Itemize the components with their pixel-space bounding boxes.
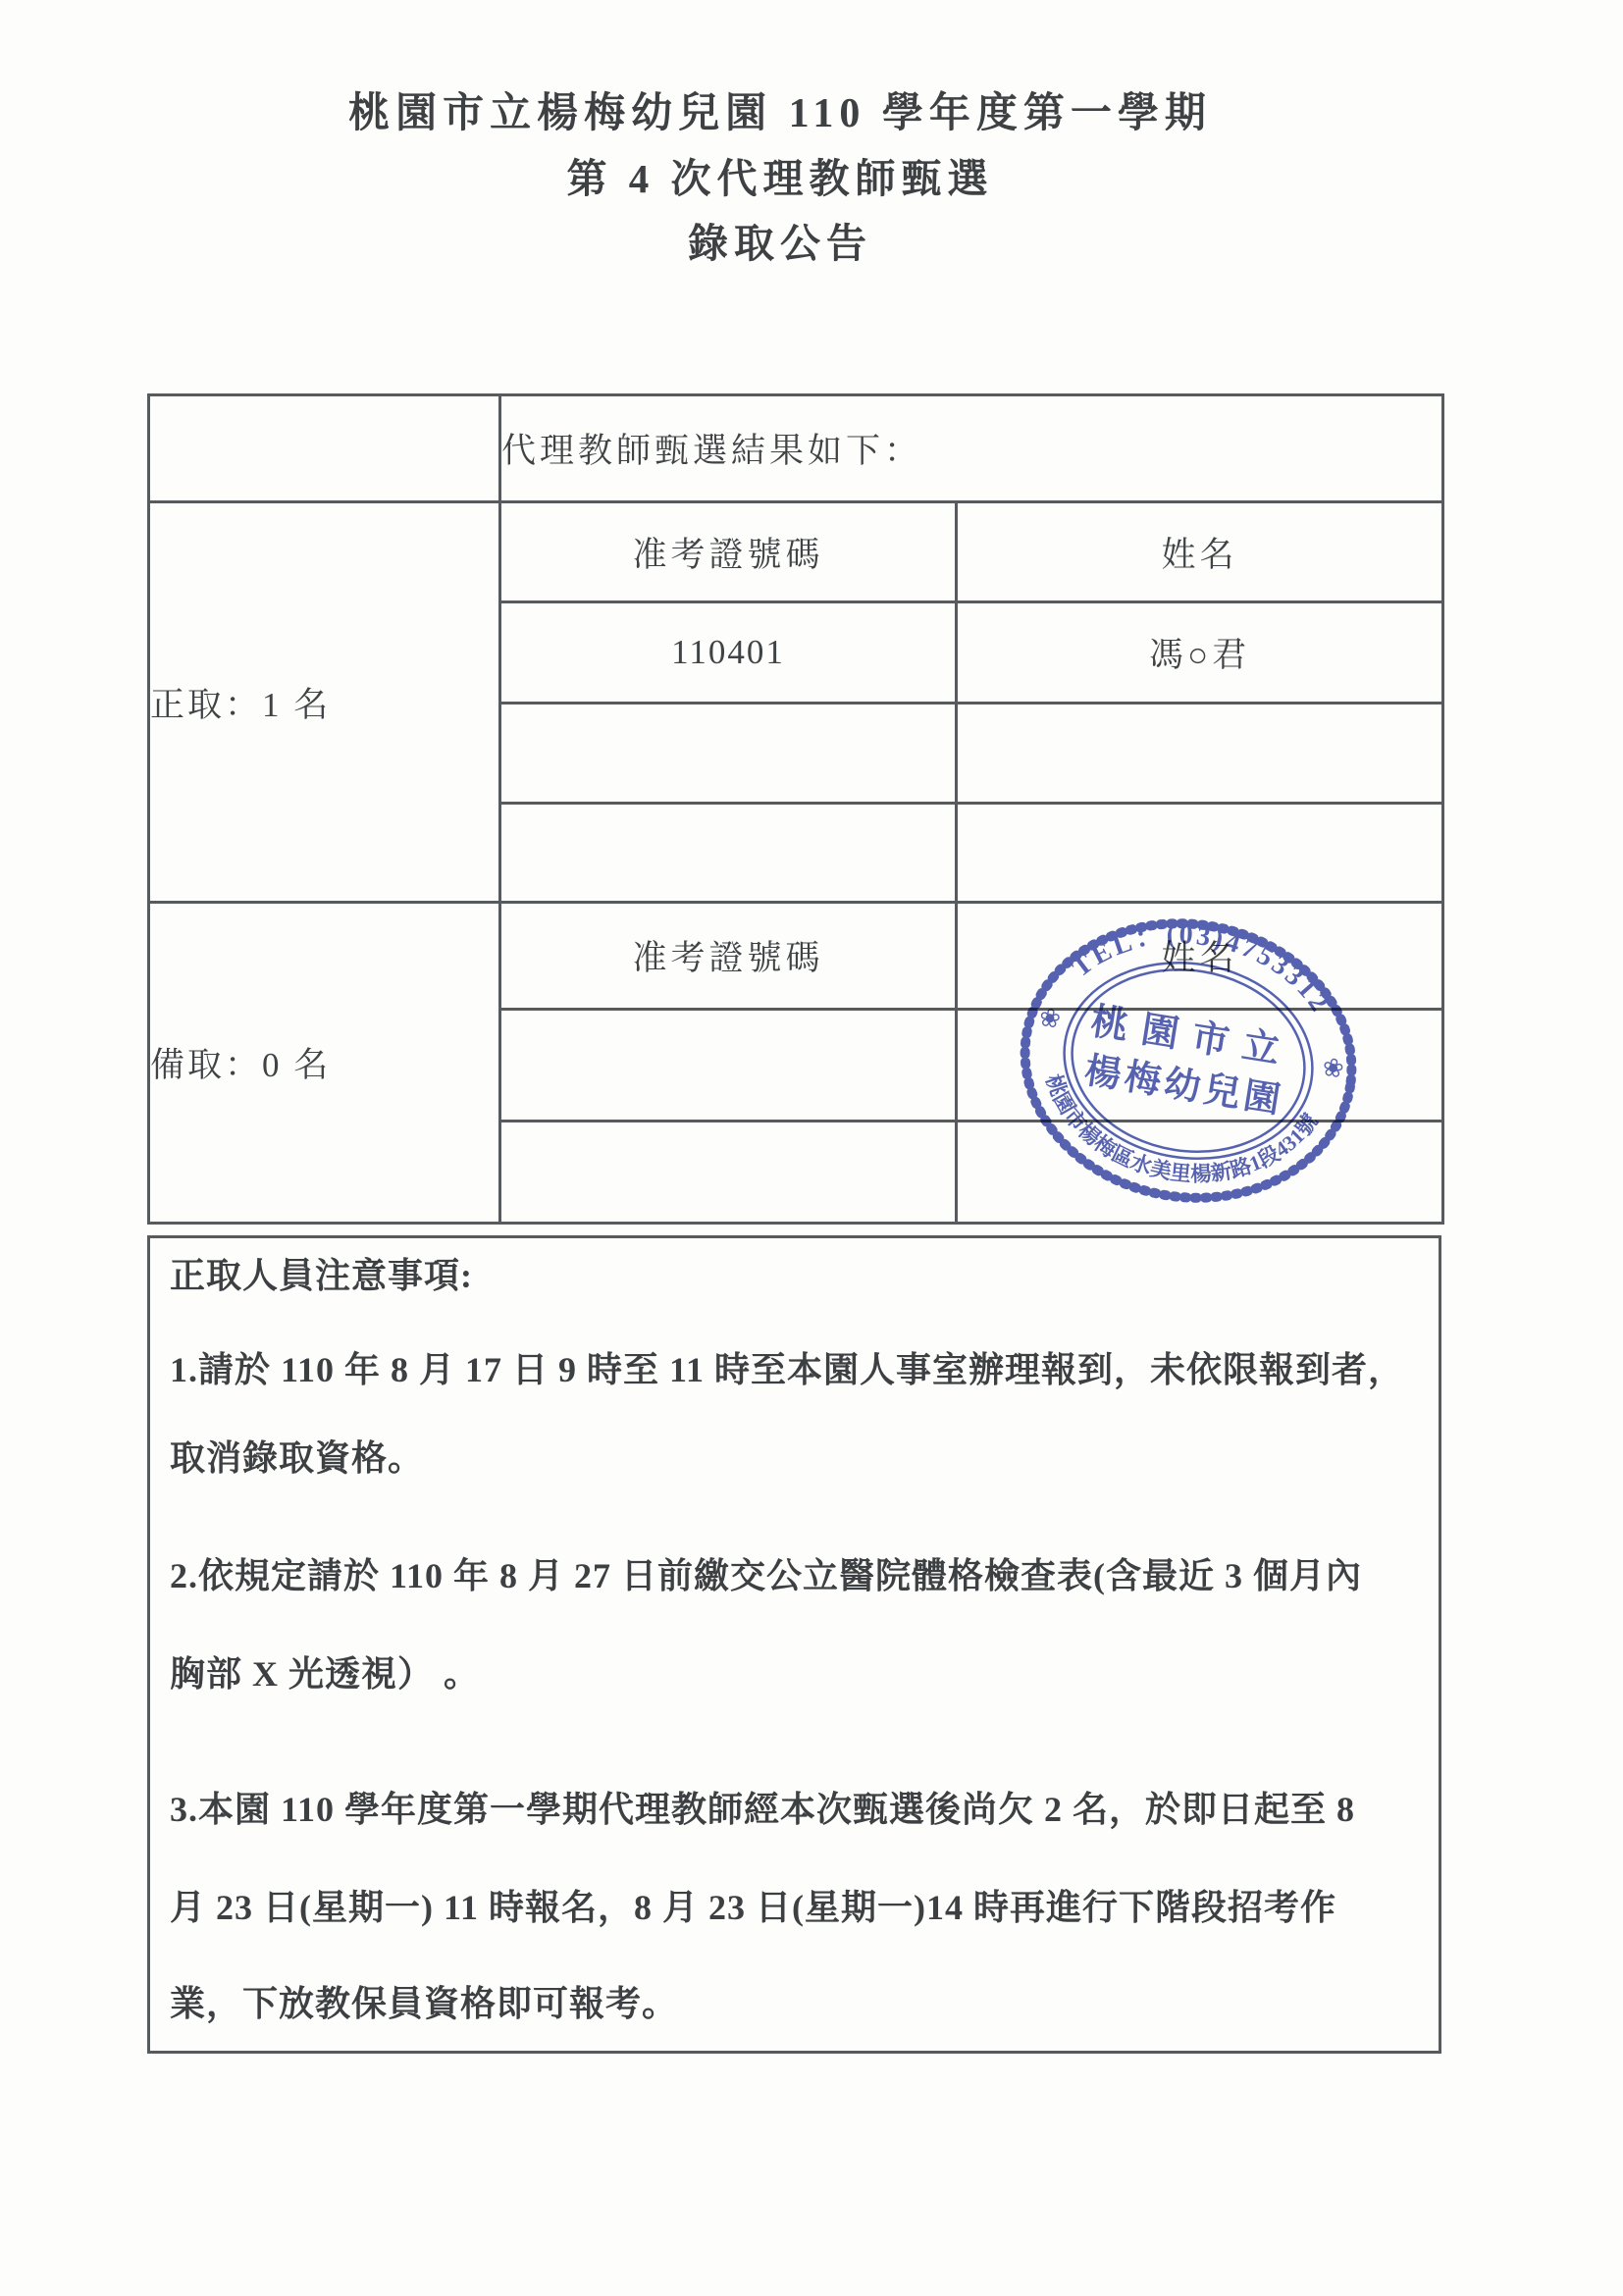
notes-header: 正取人員注意事項: [170,1248,1426,1298]
admitted-name: 馮○君 [957,602,1443,704]
waitlist-section-label: 備取：0 名 [149,903,500,1224]
results-table: 代理教師甄選結果如下： 正取：1 名 准考證號碼 姓名 110401 馮○君 備… [147,393,1444,1225]
empty-cell [957,1122,1443,1224]
note-line: 業，下放教保員資格即可報考。 [170,1976,1426,2026]
note-line: 月 23 日(星期一) 11 時報名，8 月 23 日(星期一)14 時再進行下… [170,1880,1426,1930]
page-title-line-1: 桃園市立楊梅幼兒園 110 學年度第一學期 [0,80,1560,139]
note-line: 3.本園 110 學年度第一學期代理教師經本次甄選後尚欠 2 名，於即日起至 8 [170,1782,1426,1832]
note-line: 胸部 X 光透視） 。 [170,1646,1426,1696]
admitted-ticket-number: 110401 [500,602,957,704]
waitlist-ticket-header: 准考證號碼 [500,903,957,1010]
empty-cell [500,1010,957,1122]
regular-ticket-header: 准考證號碼 [500,502,957,602]
empty-cell [500,1122,957,1224]
regular-name-header: 姓名 [957,502,1443,602]
empty-cell [957,1010,1443,1122]
note-line: 2.依規定請於 110 年 8 月 27 日前繳交公立醫院體格檢查表(含最近 3… [170,1548,1426,1598]
empty-corner-cell [149,395,500,502]
page-title-line-3: 錄取公告 [0,211,1560,269]
notes-box: 正取人員注意事項: 1.請於 110 年 8 月 17 日 9 時至 11 時至… [147,1235,1441,2054]
table-row: 代理教師甄選結果如下： [149,395,1443,502]
empty-cell [500,704,957,804]
note-line: 取消錄取資格。 [170,1431,1426,1481]
result-intro-cell: 代理教師甄選結果如下： [500,395,1443,502]
empty-cell [957,704,1443,804]
regular-section-label: 正取：1 名 [149,502,500,903]
page-title-line-2: 第 4 次代理教師甄選 [0,146,1560,204]
announcement-page: 桃園市立楊梅幼兒園 110 學年度第一學期 第 4 次代理教師甄選 錄取公告 代… [0,0,1623,2296]
empty-cell [957,804,1443,903]
waitlist-name-header: 姓名 [957,903,1443,1010]
table-row: 正取：1 名 准考證號碼 姓名 [149,502,1443,602]
note-line: 1.請於 110 年 8 月 17 日 9 時至 11 時至本園人事室辦理報到，… [170,1342,1426,1392]
table-row: 備取：0 名 准考證號碼 姓名 [149,903,1443,1010]
empty-cell [500,804,957,903]
